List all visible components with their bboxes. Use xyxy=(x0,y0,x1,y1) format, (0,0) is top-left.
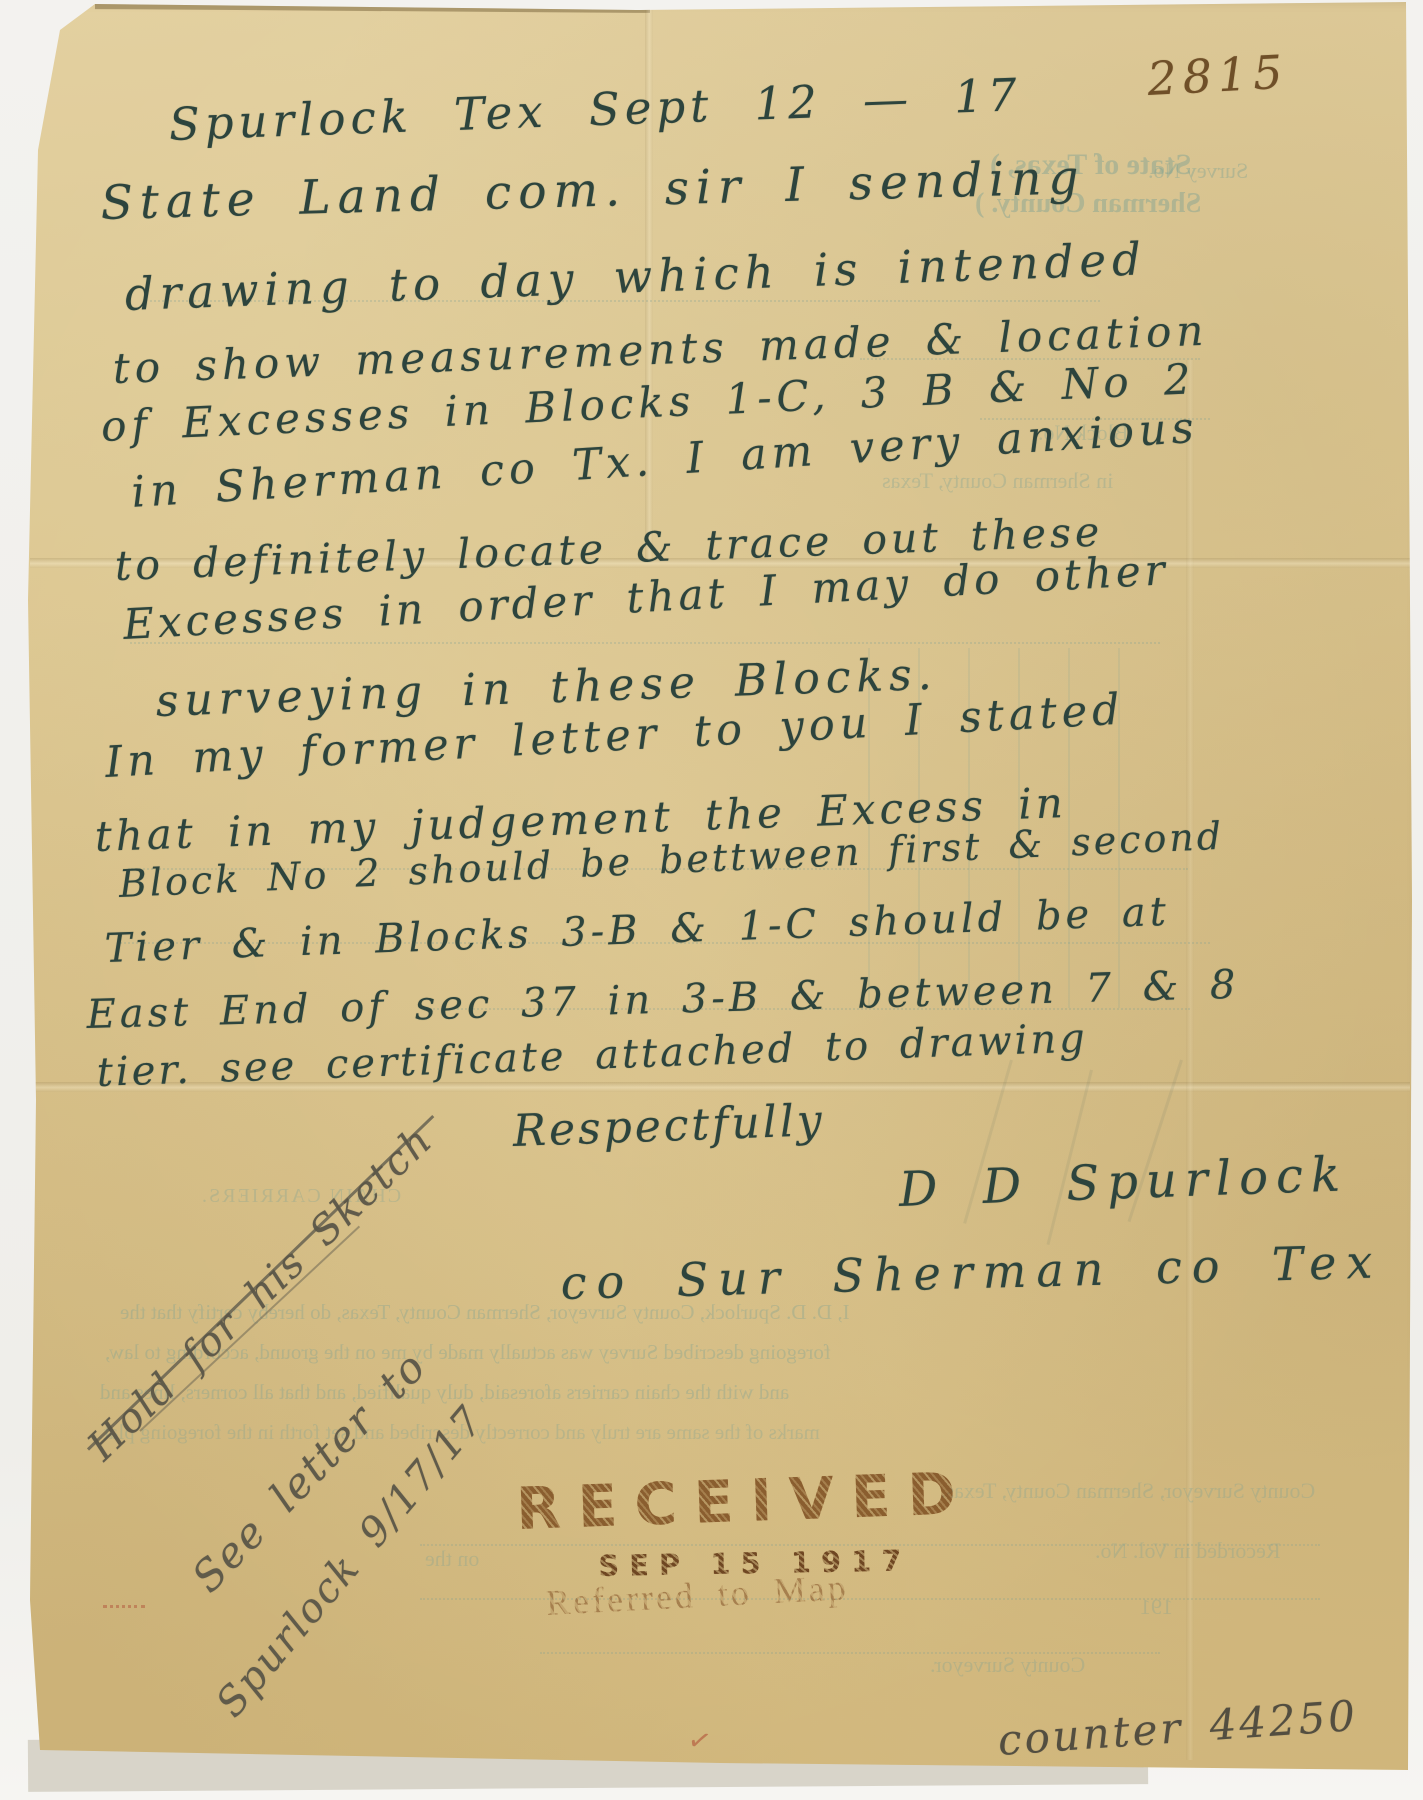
bleed-survey-no: Survey No. xyxy=(1148,158,1248,184)
bleed-in-county: in Sherman County, Texas xyxy=(882,468,1113,494)
bleed-dotted-line xyxy=(540,1652,1160,1654)
bleed-recorded-vol: Recorded in Vol. No. xyxy=(1095,1538,1281,1564)
counter-note: counter 44250 xyxy=(996,1691,1359,1765)
closing-salutation: Respectfully xyxy=(512,1095,825,1157)
signature: D D Spurlock xyxy=(898,1146,1349,1218)
received-stamp: RECEIVED xyxy=(515,1459,974,1543)
letter-line-13: Tier & in Blocks 3-B & 1-C should be at xyxy=(104,889,1171,972)
letter-line-3: drawing to day which is intended xyxy=(124,232,1148,321)
signer-title: co Sur Sherman co Tex xyxy=(560,1234,1383,1309)
bleed-on-the: on the xyxy=(425,1546,479,1572)
paper-top-edge xyxy=(95,2,650,13)
letter-line-1: Spurlock Tex Sept 12 — 17 xyxy=(168,68,1022,151)
archive-number: 2815 xyxy=(1146,45,1290,106)
bleed-dotted-line xyxy=(130,642,1160,644)
red-dash-mark xyxy=(103,1605,145,1608)
letter-line-2: State Land com. sir I sending xyxy=(100,150,1086,231)
bleed-county-surveyor: County Surveyor. xyxy=(930,1652,1085,1678)
referred-to-map-stamp: Referred to Map xyxy=(545,1566,850,1624)
letter-paper: State of Texas, ) Sherman County. ) Surv… xyxy=(0,0,1423,1800)
check-mark: ✓ xyxy=(685,1722,715,1759)
bleed-certificate-line3: and with the chain carriers aforesaid, d… xyxy=(100,1380,789,1405)
bleed-surveyor-line: County Surveyor, Sherman County, Texas. xyxy=(940,1478,1315,1504)
